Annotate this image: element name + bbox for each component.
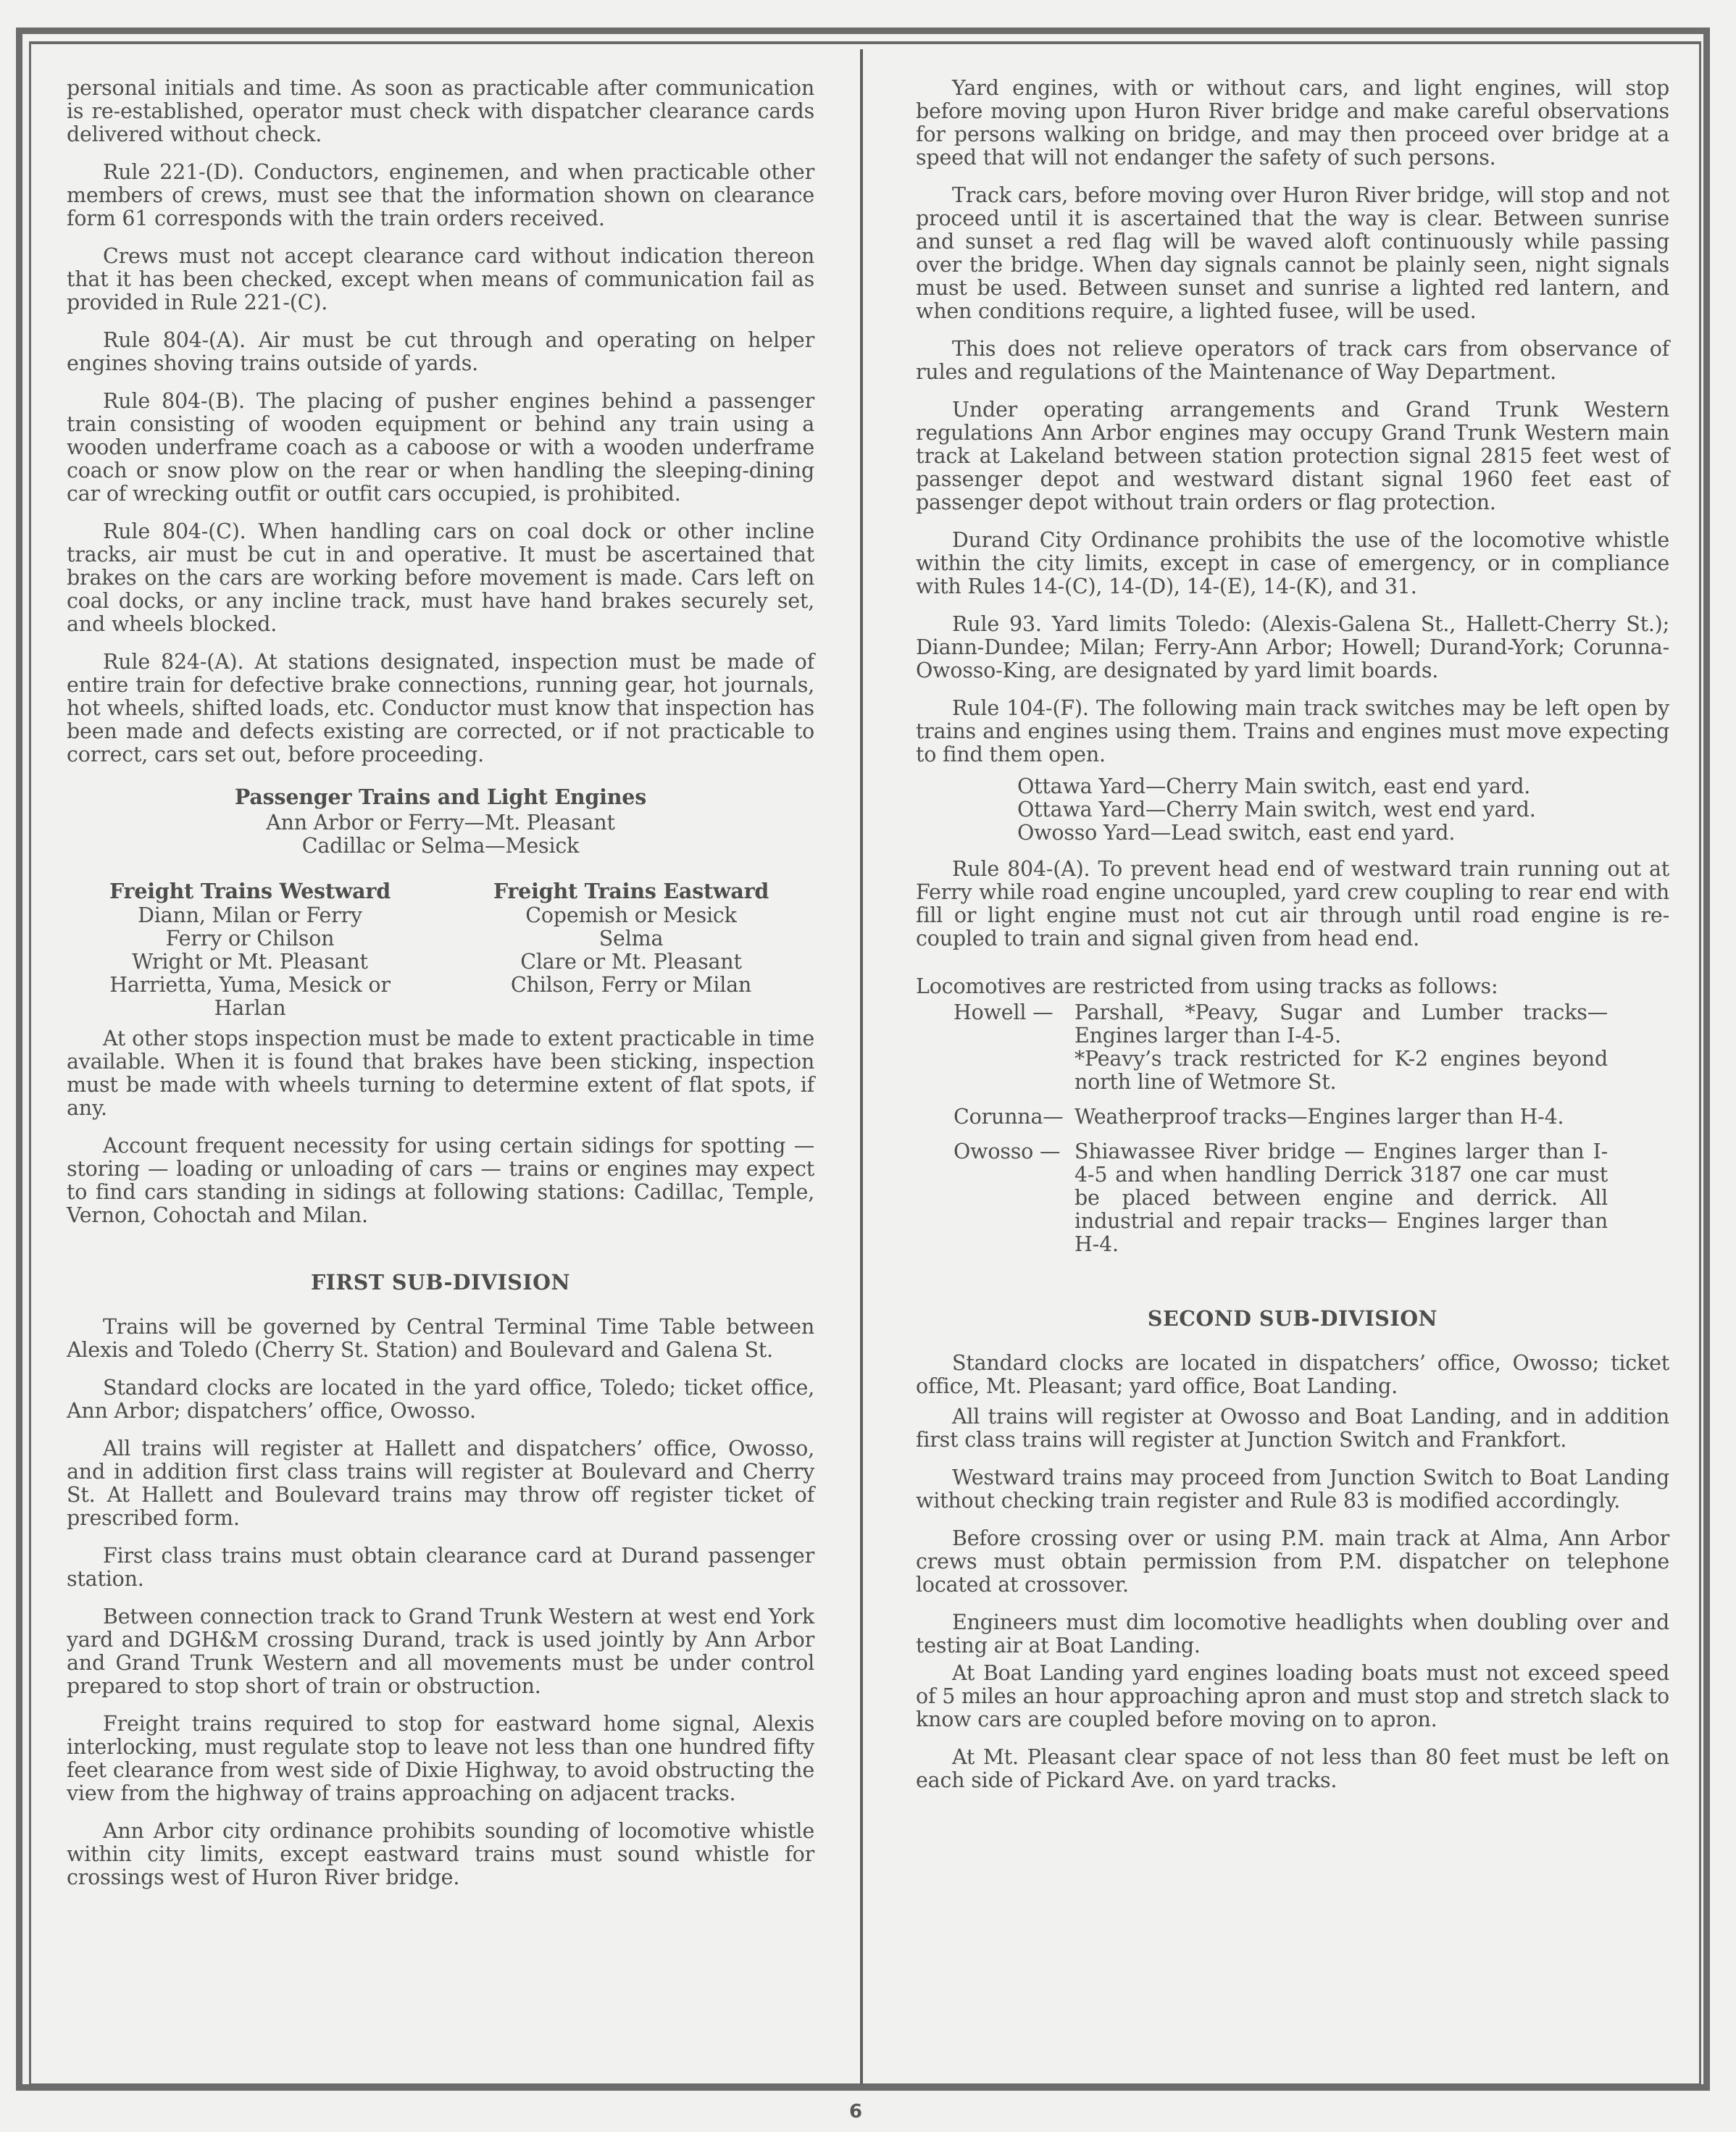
first-sub-division-paragraph: Freight trains required to stop for east… [67, 1713, 814, 1805]
rule-221-d: Rule 221-(D). Conductors, enginemen, and… [67, 161, 814, 230]
second-sub-division-heading: SECOND SUB-DIVISION [916, 1307, 1669, 1330]
rule-804-a: Rule 804-(A). Air must be cut through an… [67, 329, 814, 375]
passenger-trains-block: Passenger Trains and Light Engines Ann A… [67, 785, 814, 858]
freight-westward: Freight Trains Westward Diann, Milan or … [67, 879, 433, 1020]
first-sub-division-paragraph: Ann Arbor city ordinance prohibits sound… [67, 1820, 814, 1889]
paragraph-other-stops: At other stops inspection must be made t… [67, 1027, 814, 1120]
first-sub-division-heading: FIRST SUB-DIVISION [67, 1271, 814, 1294]
second-sub-division-paragraph: At Boat Landing yard engines loading boa… [916, 1662, 1669, 1731]
rule-804-c: Rule 804-(C). When handling cars on coal… [67, 520, 814, 636]
first-sub-division-paragraph: All trains will register at Hallett and … [67, 1437, 814, 1530]
paragraph-grand-trunk: Under operating arrangements and Grand T… [916, 398, 1669, 514]
restriction-howell: Howell — Parshall, *Peavy, Sugar and Lum… [916, 1001, 1608, 1094]
freight-westward-line: Harrietta, Yuma, Mesick or Harlan [67, 974, 433, 1020]
freight-trains-table: Freight Trains Westward Diann, Milan or … [67, 879, 814, 1020]
second-sub-division-paragraph: Before crossing over or using P.M. main … [916, 1527, 1669, 1597]
paragraph-continuation: personal initials and time. As soon as p… [67, 77, 814, 146]
freight-westward-line: Diann, Milan or Ferry [67, 904, 433, 927]
freight-eastward-line: Clare or Mt. Pleasant [448, 950, 814, 974]
first-sub-division-paragraph: Between connection track to Grand Trunk … [67, 1605, 814, 1698]
restriction-owosso: Owosso — Shiawassee River bridge — Engin… [916, 1140, 1608, 1256]
first-sub-division-paragraph: First class trains must obtain clearance… [67, 1544, 814, 1591]
second-sub-division-paragraph: Standard clocks are located in dispatche… [916, 1352, 1669, 1398]
restriction-body: Parshall, *Peavy, Sugar and Lumber track… [1074, 1001, 1608, 1094]
freight-eastward-line: Chilson, Ferry or Milan [448, 974, 814, 997]
switch-item: Ottawa Yard—Cherry Main switch, west end… [1017, 798, 1669, 822]
passenger-line: Ann Arbor or Ferry—Mt. Pleasant [67, 811, 814, 835]
passenger-trains-heading: Passenger Trains and Light Engines [67, 785, 814, 808]
freight-westward-heading: Freight Trains Westward [67, 879, 433, 903]
switch-item: Owosso Yard—Lead switch, east end yard. [1017, 822, 1669, 845]
page-number: 6 [849, 2101, 862, 2123]
freight-eastward-line: Selma [448, 927, 814, 950]
switch-list: Ottawa Yard—Cherry Main switch, east end… [916, 775, 1669, 845]
second-sub-division-paragraph: At Mt. Pleasant clear space of not less … [916, 1746, 1669, 1792]
column-divider [860, 49, 863, 2083]
paragraph-track-cars: Track cars, before moving over Huron Riv… [916, 184, 1669, 323]
paragraph-clearance-card: Crews must not accept clearance card wit… [67, 245, 814, 314]
freight-eastward-heading: Freight Trains Eastward [448, 879, 814, 903]
freight-eastward-line: Copemish or Mesick [448, 904, 814, 927]
freight-westward-line: Wright or Mt. Pleasant [67, 950, 433, 974]
rule-93: Rule 93. Yard limits Toledo: (Alexis-Gal… [916, 613, 1669, 682]
right-column: Yard engines, with or without cars, and … [916, 77, 1669, 1807]
rule-804-b: Rule 804-(B). The placing of pusher engi… [67, 390, 814, 506]
restriction-text: Shiawassee River bridge — Engines larger… [1074, 1140, 1608, 1256]
locomotive-restrictions: Locomotives are restricted from using tr… [916, 975, 1608, 1256]
restriction-place: Corunna— [916, 1105, 1074, 1129]
first-sub-division-paragraph: Standard clocks are located in the yard … [67, 1376, 814, 1423]
restriction-place: Owosso — [916, 1140, 1074, 1256]
second-sub-division-paragraph: Westward trains may proceed from Junctio… [916, 1466, 1669, 1513]
restriction-note: *Peavy’s track restricted for K-2 engine… [1074, 1048, 1608, 1094]
passenger-line: Cadillac or Selma—Mesick [67, 835, 814, 858]
freight-westward-line: Ferry or Chilson [67, 927, 433, 950]
left-column: personal initials and time. As soon as p… [67, 77, 814, 1904]
first-sub-division-paragraph: Trains will be governed by Central Termi… [67, 1316, 814, 1362]
paragraph-maintenance-of-way: This does not relieve operators of track… [916, 338, 1669, 384]
switch-item: Ottawa Yard—Cherry Main switch, east end… [1017, 775, 1669, 798]
second-sub-division-paragraph: Engineers must dim locomotive headlights… [916, 1611, 1669, 1657]
restriction-text: Parshall, *Peavy, Sugar and Lumber track… [1074, 1001, 1608, 1048]
rule-824-a: Rule 824-(A). At stations designated, in… [67, 651, 814, 766]
rule-104-f: Rule 104-(F). The following main track s… [916, 697, 1669, 766]
paragraph-yard-engines: Yard engines, with or without cars, and … [916, 77, 1669, 170]
restriction-place: Howell — [916, 1001, 1074, 1094]
locomotive-restrictions-intro: Locomotives are restricted from using tr… [916, 975, 1608, 998]
paragraph-durand-ordinance: Durand City Ordinance prohibits the use … [916, 529, 1669, 598]
restriction-corunna: Corunna— Weatherproof tracks—Engines lar… [916, 1105, 1608, 1129]
restriction-text: Weatherproof tracks—Engines larger than … [1074, 1105, 1608, 1129]
freight-eastward: Freight Trains Eastward Copemish or Mesi… [448, 879, 814, 1020]
second-sub-division-paragraph: All trains will register at Owosso and B… [916, 1405, 1669, 1452]
paragraph-sidings: Account frequent necessity for using cer… [67, 1134, 814, 1227]
rule-804-a-ferry: Rule 804-(A). To prevent head end of wes… [916, 858, 1669, 950]
